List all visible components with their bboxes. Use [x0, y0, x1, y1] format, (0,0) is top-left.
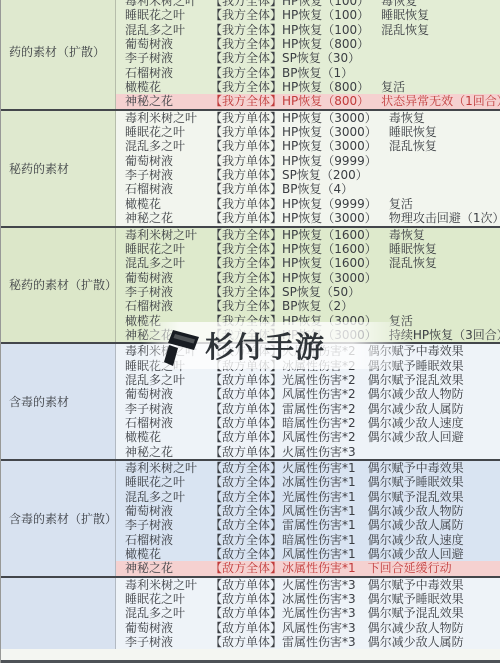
material-name: 混乱多之叶 — [125, 490, 210, 504]
material-row: 石榴树液【敌方单体】暗属性伤害*2偶尔减少敌人速度 — [116, 416, 500, 430]
row-effect: 【我方全体】SP恢复（50） — [210, 285, 360, 299]
row-effect: 【敌方单体】冰属性伤害*2 — [210, 359, 356, 373]
row-extra: 偶尔减少敌人属防 — [368, 518, 464, 532]
row-effect: 【敌方单体】雷属性伤害*3 — [210, 635, 356, 649]
category-cell: 药的素材（扩散） — [1, 0, 116, 109]
material-row: 葡萄树液【敌方单体】风属性伤害*2偶尔减少敌人物防 — [116, 387, 500, 401]
section-2: 秘药的素材毒利米树之叶【我方单体】HP恢复（3000）毒恢复睡眠花之叶【我方单体… — [1, 111, 500, 228]
material-name: 李子树液 — [125, 168, 210, 182]
material-name: 葡萄树液 — [125, 154, 210, 168]
material-row: 葡萄树液【我方全体】HP恢复（3000） — [116, 271, 500, 285]
material-row: 李子树液【我方单体】SP恢复（200） — [116, 168, 500, 182]
row-extra: 偶尔减少敌人属防 — [368, 402, 464, 416]
material-row: 毒利米树之叶【敌方全体】火属性伤害*1偶尔赋予中毒效果 — [116, 461, 500, 475]
material-row: 神秘之花【敌方单体】火属性伤害*3 — [116, 445, 500, 459]
row-effect: 【敌方全体】冰属性伤害*1 — [210, 561, 356, 575]
material-name: 石榴树液 — [125, 182, 210, 196]
rows-area: 毒利米树之叶【我方全体】HP恢复（1600）毒恢复睡眠花之叶【我方全体】HP恢复… — [116, 228, 500, 343]
material-row: 睡眠花之叶【我方全体】HP恢复（1600）睡眠恢复 — [116, 242, 500, 256]
row-effect: 【敌方全体】冰属性伤害*1 — [210, 475, 356, 489]
material-row: 毒利米树之叶【敌方单体】火属性伤害*3偶尔赋予中毒效果 — [116, 578, 500, 592]
row-extra: 复活 — [381, 80, 405, 94]
material-row: 混乱多之叶【我方单体】HP恢复（3000）混乱恢复 — [116, 139, 500, 153]
row-extra: 偶尔赋予睡眠效果 — [368, 592, 464, 606]
material-row: 混乱多之叶【敌方全体】光属性伤害*1偶尔赋予混乱效果 — [116, 490, 500, 504]
material-row: 神秘之花【敌方全体】冰属性伤害*1下回合延缓行动 — [116, 561, 500, 575]
material-row: 神秘之花【我方单体】HP恢复（3000）物理攻击回避（1次） — [116, 211, 500, 225]
material-name: 橄榄花 — [125, 547, 210, 561]
material-name: 毒利米树之叶 — [125, 228, 210, 242]
row-effect: 【敌方全体】风属性伤害*1 — [210, 504, 356, 518]
row-effect: 【我方全体】HP恢复（3000） — [210, 314, 377, 328]
row-extra: 偶尔赋予混乱效果 — [368, 373, 464, 387]
row-effect: 【我方单体】HP恢复（9999） — [210, 154, 377, 168]
materials-table-screenshot: 药的素材（扩散）毒利米树之叶【我方全体】HP恢复（100）毒恢复睡眠花之叶【我方… — [0, 0, 500, 663]
material-name: 葡萄树液 — [125, 504, 210, 518]
material-row: 橄榄花【我方全体】HP恢复（800）复活 — [116, 80, 500, 94]
row-effect: 【我方单体】HP恢复（3000） — [210, 111, 377, 125]
row-extra: 毒恢复 — [389, 111, 425, 125]
material-name: 葡萄树液 — [125, 271, 210, 285]
row-extra: 睡眠恢复 — [389, 242, 437, 256]
category-cell — [1, 578, 116, 650]
row-effect: 【敌方单体】光属性伤害*2 — [210, 373, 356, 387]
material-name: 神秘之花 — [125, 328, 210, 342]
row-effect: 【我方全体】HP恢复（1600） — [210, 256, 377, 270]
row-extra: 偶尔赋予睡眠效果 — [368, 475, 464, 489]
material-name: 睡眠花之叶 — [125, 592, 210, 606]
material-row: 睡眠花之叶【敌方单体】冰属性伤害*3偶尔赋予睡眠效果 — [116, 592, 500, 606]
material-name: 石榴树液 — [125, 299, 210, 313]
material-name: 神秘之花 — [125, 445, 210, 459]
row-extra: 持续HP恢复（3回合） — [389, 328, 500, 342]
material-row: 石榴树液【我方全体】BP恢复（2） — [116, 299, 500, 313]
section-4: 含毒的素材毒利米树之叶【敌方单体】火属性伤害*2偶尔赋予中毒效果睡眠花之叶【敌方… — [1, 344, 500, 461]
row-effect: 【敌方全体】光属性伤害*1 — [210, 490, 356, 504]
material-row: 葡萄树液【敌方单体】风属性伤害*3偶尔减少敌人物防 — [116, 621, 500, 635]
rows-area: 毒利米树之叶【我方单体】HP恢复（3000）毒恢复睡眠花之叶【我方单体】HP恢复… — [116, 111, 500, 226]
rows-area: 毒利米树之叶【我方全体】HP恢复（100）毒恢复睡眠花之叶【我方全体】HP恢复（… — [116, 0, 500, 109]
row-extra: 混乱恢复 — [381, 23, 429, 37]
material-name: 神秘之花 — [125, 561, 210, 575]
material-row: 混乱多之叶【我方全体】HP恢复（100）混乱恢复 — [116, 23, 500, 37]
row-effect: 【我方全体】HP恢复（3000） — [210, 328, 377, 342]
material-row: 睡眠花之叶【我方全体】HP恢复（100）睡眠恢复 — [116, 8, 500, 22]
material-row: 葡萄树液【我方全体】HP恢复（800） — [116, 37, 500, 51]
row-effect: 【我方单体】BP恢复（4） — [210, 182, 353, 196]
material-row: 李子树液【敌方全体】雷属性伤害*1偶尔减少敌人属防 — [116, 518, 500, 532]
category-cell: 秘药的素材 — [1, 111, 116, 226]
material-row: 橄榄花【敌方单体】风属性伤害*2偶尔减少敌人回避 — [116, 430, 500, 444]
row-effect: 【敌方单体】火属性伤害*3 — [210, 445, 356, 459]
row-effect: 【我方全体】BP恢复（1） — [210, 66, 353, 80]
material-name: 毒利米树之叶 — [125, 0, 210, 8]
material-name: 神秘之花 — [125, 211, 210, 225]
material-row: 李子树液【我方全体】SP恢复（30） — [116, 51, 500, 65]
row-effect: 【我方全体】HP恢复（3000） — [210, 271, 377, 285]
row-extra: 偶尔赋予中毒效果 — [368, 578, 464, 592]
material-name: 李子树液 — [125, 635, 210, 649]
row-extra: 偶尔赋予混乱效果 — [368, 606, 464, 620]
section-1: 药的素材（扩散）毒利米树之叶【我方全体】HP恢复（100）毒恢复睡眠花之叶【我方… — [1, 0, 500, 111]
row-effect: 【我方全体】SP恢复（30） — [210, 51, 360, 65]
row-extra: 偶尔减少敌人速度 — [368, 416, 464, 430]
row-extra: 睡眠恢复 — [389, 125, 437, 139]
material-row: 李子树液【我方全体】SP恢复（50） — [116, 285, 500, 299]
row-extra: 状态异常无效（1回合） — [381, 94, 500, 108]
material-row: 毒利米树之叶【我方全体】HP恢复（1600）毒恢复 — [116, 228, 500, 242]
material-name: 李子树液 — [125, 285, 210, 299]
row-extra: 偶尔减少敌人物防 — [368, 621, 464, 635]
material-row: 橄榄花【我方单体】HP恢复（9999）复活 — [116, 197, 500, 211]
row-extra: 下回合延缓行动 — [368, 561, 452, 575]
row-effect: 【我方全体】HP恢复（800） — [210, 80, 369, 94]
material-row: 睡眠花之叶【敌方单体】冰属性伤害*2偶尔赋予睡眠效果 — [116, 359, 500, 373]
row-extra: 毒恢复 — [389, 228, 425, 242]
row-effect: 【我方单体】HP恢复（3000） — [210, 125, 377, 139]
row-extra: 复活 — [389, 197, 413, 211]
material-name: 葡萄树液 — [125, 621, 210, 635]
category-cell: 秘药的素材（扩散） — [1, 228, 116, 343]
material-row: 石榴树液【敌方全体】暗属性伤害*1偶尔减少敌人速度 — [116, 533, 500, 547]
row-effect: 【我方全体】BP恢复（2） — [210, 299, 353, 313]
material-name: 石榴树液 — [125, 416, 210, 430]
row-extra: 偶尔赋予睡眠效果 — [368, 359, 464, 373]
row-extra: 睡眠恢复 — [381, 8, 429, 22]
material-name: 神秘之花 — [125, 94, 210, 108]
row-effect: 【我方全体】HP恢复（1600） — [210, 242, 377, 256]
row-effect: 【我方全体】HP恢复（100） — [210, 8, 369, 22]
row-extra: 混乱恢复 — [389, 139, 437, 153]
row-effect: 【敌方全体】火属性伤害*1 — [210, 461, 356, 475]
row-extra: 偶尔减少敌人物防 — [368, 387, 464, 401]
material-name: 混乱多之叶 — [125, 606, 210, 620]
material-row: 橄榄花【敌方全体】风属性伤害*1偶尔减少敌人回避 — [116, 547, 500, 561]
material-name: 毒利米树之叶 — [125, 111, 210, 125]
material-row: 毒利米树之叶【敌方单体】火属性伤害*2偶尔赋予中毒效果 — [116, 344, 500, 358]
material-name: 李子树液 — [125, 402, 210, 416]
row-effect: 【敌方单体】火属性伤害*3 — [210, 578, 356, 592]
rows-area: 毒利米树之叶【敌方全体】火属性伤害*1偶尔赋予中毒效果睡眠花之叶【敌方全体】冰属… — [116, 461, 500, 576]
row-effect: 【我方全体】HP恢复（800） — [210, 94, 369, 108]
category-cell: 含毒的素材 — [1, 344, 116, 459]
row-effect: 【我方单体】SP恢复（200） — [210, 168, 368, 182]
row-effect: 【我方全体】HP恢复（100） — [210, 23, 369, 37]
rows-area: 毒利米树之叶【敌方单体】火属性伤害*2偶尔赋予中毒效果睡眠花之叶【敌方单体】冰属… — [116, 344, 500, 459]
material-row: 神秘之花【我方全体】HP恢复（3000）持续HP恢复（3回合） — [116, 328, 500, 342]
material-row: 李子树液【敌方单体】雷属性伤害*3偶尔减少敌人属防 — [116, 635, 500, 649]
rows-area: 毒利米树之叶【敌方单体】火属性伤害*3偶尔赋予中毒效果睡眠花之叶【敌方单体】冰属… — [116, 578, 500, 650]
material-row: 葡萄树液【我方单体】HP恢复（9999） — [116, 154, 500, 168]
material-row: 葡萄树液【敌方全体】风属性伤害*1偶尔减少敌人物防 — [116, 504, 500, 518]
material-name: 混乱多之叶 — [125, 256, 210, 270]
material-row: 橄榄花【我方全体】HP恢复（3000）复活 — [116, 314, 500, 328]
material-row: 李子树液【敌方单体】雷属性伤害*2偶尔减少敌人属防 — [116, 402, 500, 416]
material-name: 葡萄树液 — [125, 37, 210, 51]
row-extra: 物理攻击回避（1次） — [389, 211, 500, 225]
row-extra: 混乱恢复 — [389, 256, 437, 270]
row-extra: 偶尔赋予中毒效果 — [368, 344, 464, 358]
material-name: 橄榄花 — [125, 80, 210, 94]
row-effect: 【我方单体】HP恢复（9999） — [210, 197, 377, 211]
material-name: 李子树液 — [125, 51, 210, 65]
category-cell: 含毒的素材（扩散） — [1, 461, 116, 576]
row-effect: 【敌方全体】风属性伤害*1 — [210, 547, 356, 561]
section-5: 含毒的素材（扩散）毒利米树之叶【敌方全体】火属性伤害*1偶尔赋予中毒效果睡眠花之… — [1, 461, 500, 578]
row-effect: 【敌方单体】风属性伤害*2 — [210, 387, 356, 401]
section-6: 毒利米树之叶【敌方单体】火属性伤害*3偶尔赋予中毒效果睡眠花之叶【敌方单体】冰属… — [1, 578, 500, 650]
material-name: 混乱多之叶 — [125, 373, 210, 387]
row-effect: 【敌方单体】光属性伤害*3 — [210, 606, 356, 620]
row-effect: 【敌方全体】暗属性伤害*1 — [210, 533, 356, 547]
material-row: 石榴树液【我方单体】BP恢复（4） — [116, 182, 500, 196]
row-effect: 【敌方单体】火属性伤害*2 — [210, 344, 356, 358]
material-row: 混乱多之叶【敌方单体】光属性伤害*2偶尔赋予混乱效果 — [116, 373, 500, 387]
material-name: 睡眠花之叶 — [125, 242, 210, 256]
row-effect: 【我方单体】HP恢复（3000） — [210, 211, 377, 225]
row-effect: 【我方全体】HP恢复（100） — [210, 0, 369, 8]
material-name: 李子树液 — [125, 518, 210, 532]
row-effect: 【我方全体】HP恢复（1600） — [210, 228, 377, 242]
material-row: 毒利米树之叶【我方单体】HP恢复（3000）毒恢复 — [116, 111, 500, 125]
row-effect: 【敌方单体】雷属性伤害*2 — [210, 402, 356, 416]
material-name: 睡眠花之叶 — [125, 8, 210, 22]
row-extra: 毒恢复 — [381, 0, 417, 8]
material-name: 葡萄树液 — [125, 387, 210, 401]
material-row: 混乱多之叶【我方全体】HP恢复（1600）混乱恢复 — [116, 256, 500, 270]
row-effect: 【敌方单体】暗属性伤害*2 — [210, 416, 356, 430]
material-name: 橄榄花 — [125, 430, 210, 444]
material-name: 橄榄花 — [125, 314, 210, 328]
row-effect: 【敌方全体】雷属性伤害*1 — [210, 518, 356, 532]
material-name: 橄榄花 — [125, 197, 210, 211]
material-row: 混乱多之叶【敌方单体】光属性伤害*3偶尔赋予混乱效果 — [116, 606, 500, 620]
material-row: 石榴树液【我方全体】BP恢复（1） — [116, 66, 500, 80]
row-effect: 【我方全体】HP恢复（800） — [210, 37, 369, 51]
row-extra: 偶尔赋予中毒效果 — [368, 461, 464, 475]
row-extra: 偶尔减少敌人物防 — [368, 504, 464, 518]
row-extra: 偶尔减少敌人回避 — [368, 430, 464, 444]
material-row: 睡眠花之叶【我方单体】HP恢复（3000）睡眠恢复 — [116, 125, 500, 139]
material-name: 睡眠花之叶 — [125, 475, 210, 489]
row-extra: 偶尔减少敌人速度 — [368, 533, 464, 547]
material-row: 毒利米树之叶【我方全体】HP恢复（100）毒恢复 — [116, 0, 500, 8]
material-name: 睡眠花之叶 — [125, 359, 210, 373]
material-name: 毒利米树之叶 — [125, 578, 210, 592]
materials-table: 药的素材（扩散）毒利米树之叶【我方全体】HP恢复（100）毒恢复睡眠花之叶【我方… — [1, 0, 500, 649]
material-name: 毒利米树之叶 — [125, 461, 210, 475]
material-name: 毒利米树之叶 — [125, 344, 210, 358]
row-extra: 偶尔减少敌人回避 — [368, 547, 464, 561]
row-extra: 复活 — [389, 314, 413, 328]
section-3: 秘药的素材（扩散）毒利米树之叶【我方全体】HP恢复（1600）毒恢复睡眠花之叶【… — [1, 228, 500, 345]
material-name: 石榴树液 — [125, 533, 210, 547]
material-row: 神秘之花【我方全体】HP恢复（800）状态异常无效（1回合） — [116, 94, 500, 108]
row-extra: 偶尔赋予混乱效果 — [368, 490, 464, 504]
material-name: 混乱多之叶 — [125, 23, 210, 37]
material-name: 睡眠花之叶 — [125, 125, 210, 139]
material-row: 睡眠花之叶【敌方全体】冰属性伤害*1偶尔赋予睡眠效果 — [116, 475, 500, 489]
row-extra: 偶尔减少敌人属防 — [368, 635, 464, 649]
row-effect: 【敌方单体】风属性伤害*3 — [210, 621, 356, 635]
material-name: 混乱多之叶 — [125, 139, 210, 153]
material-name: 石榴树液 — [125, 66, 210, 80]
row-effect: 【我方单体】HP恢复（3000） — [210, 139, 377, 153]
row-effect: 【敌方单体】冰属性伤害*3 — [210, 592, 356, 606]
row-effect: 【敌方单体】风属性伤害*2 — [210, 430, 356, 444]
